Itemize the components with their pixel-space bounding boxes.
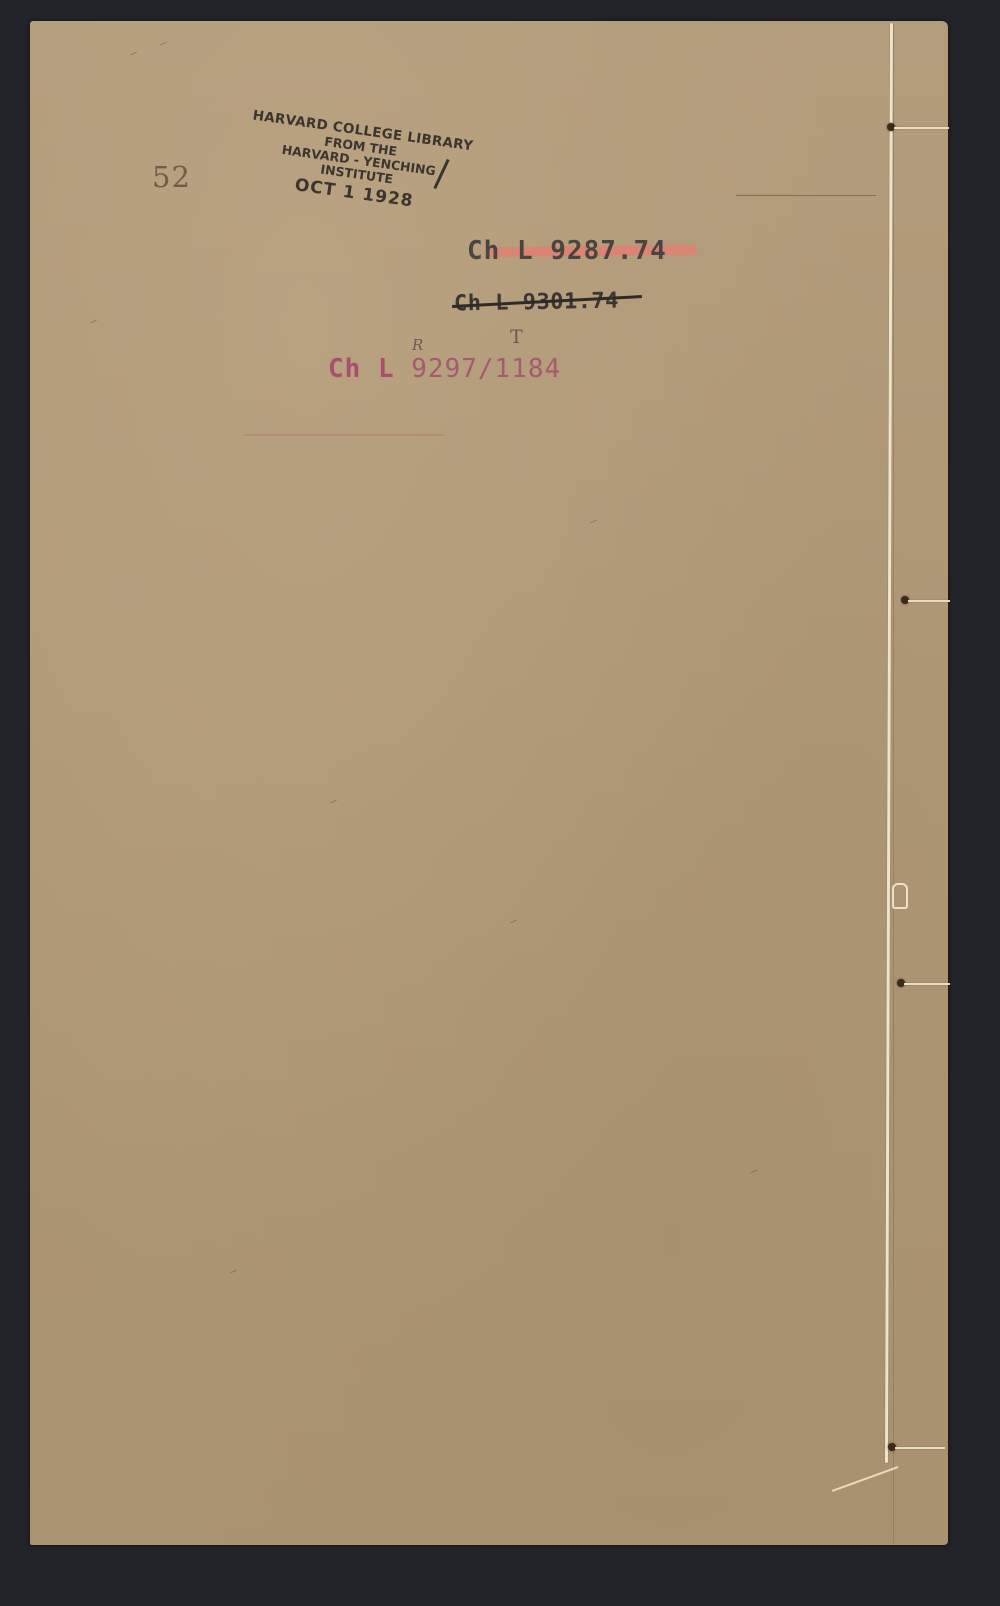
call-number-value: 9297/1184 bbox=[411, 354, 561, 384]
paper-fleck bbox=[160, 42, 167, 46]
paper-fleck bbox=[750, 1170, 757, 1174]
paper-fleck bbox=[330, 800, 337, 804]
paper-fleck bbox=[130, 52, 137, 56]
call-number-current: Ch L 9287.74 bbox=[467, 236, 667, 266]
paper-fleck bbox=[590, 520, 597, 524]
paper-fleck bbox=[90, 320, 97, 324]
binding-thread-loop bbox=[895, 1447, 945, 1449]
binding-thread-loop bbox=[904, 983, 950, 985]
binding-thread bbox=[885, 23, 893, 1463]
call-number-prefix: Ch L bbox=[328, 354, 395, 384]
pencil-mark bbox=[736, 195, 876, 196]
paper-fleck bbox=[510, 920, 517, 924]
binding-thread-loop bbox=[908, 600, 950, 602]
faint-red-mark bbox=[244, 434, 444, 436]
binding-thread-loop bbox=[894, 127, 949, 129]
paper-fleck bbox=[230, 1270, 237, 1274]
pencil-annotation-r: R bbox=[412, 336, 423, 354]
thread-tail bbox=[832, 1466, 898, 1492]
thread-knot bbox=[892, 883, 908, 909]
pencil-annotation-t: T bbox=[510, 326, 523, 348]
spine-binding-margin bbox=[893, 25, 946, 1543]
shelf-number: 52 bbox=[152, 160, 191, 194]
call-number-reclassified: Ch L 9297/1184 bbox=[328, 354, 561, 384]
